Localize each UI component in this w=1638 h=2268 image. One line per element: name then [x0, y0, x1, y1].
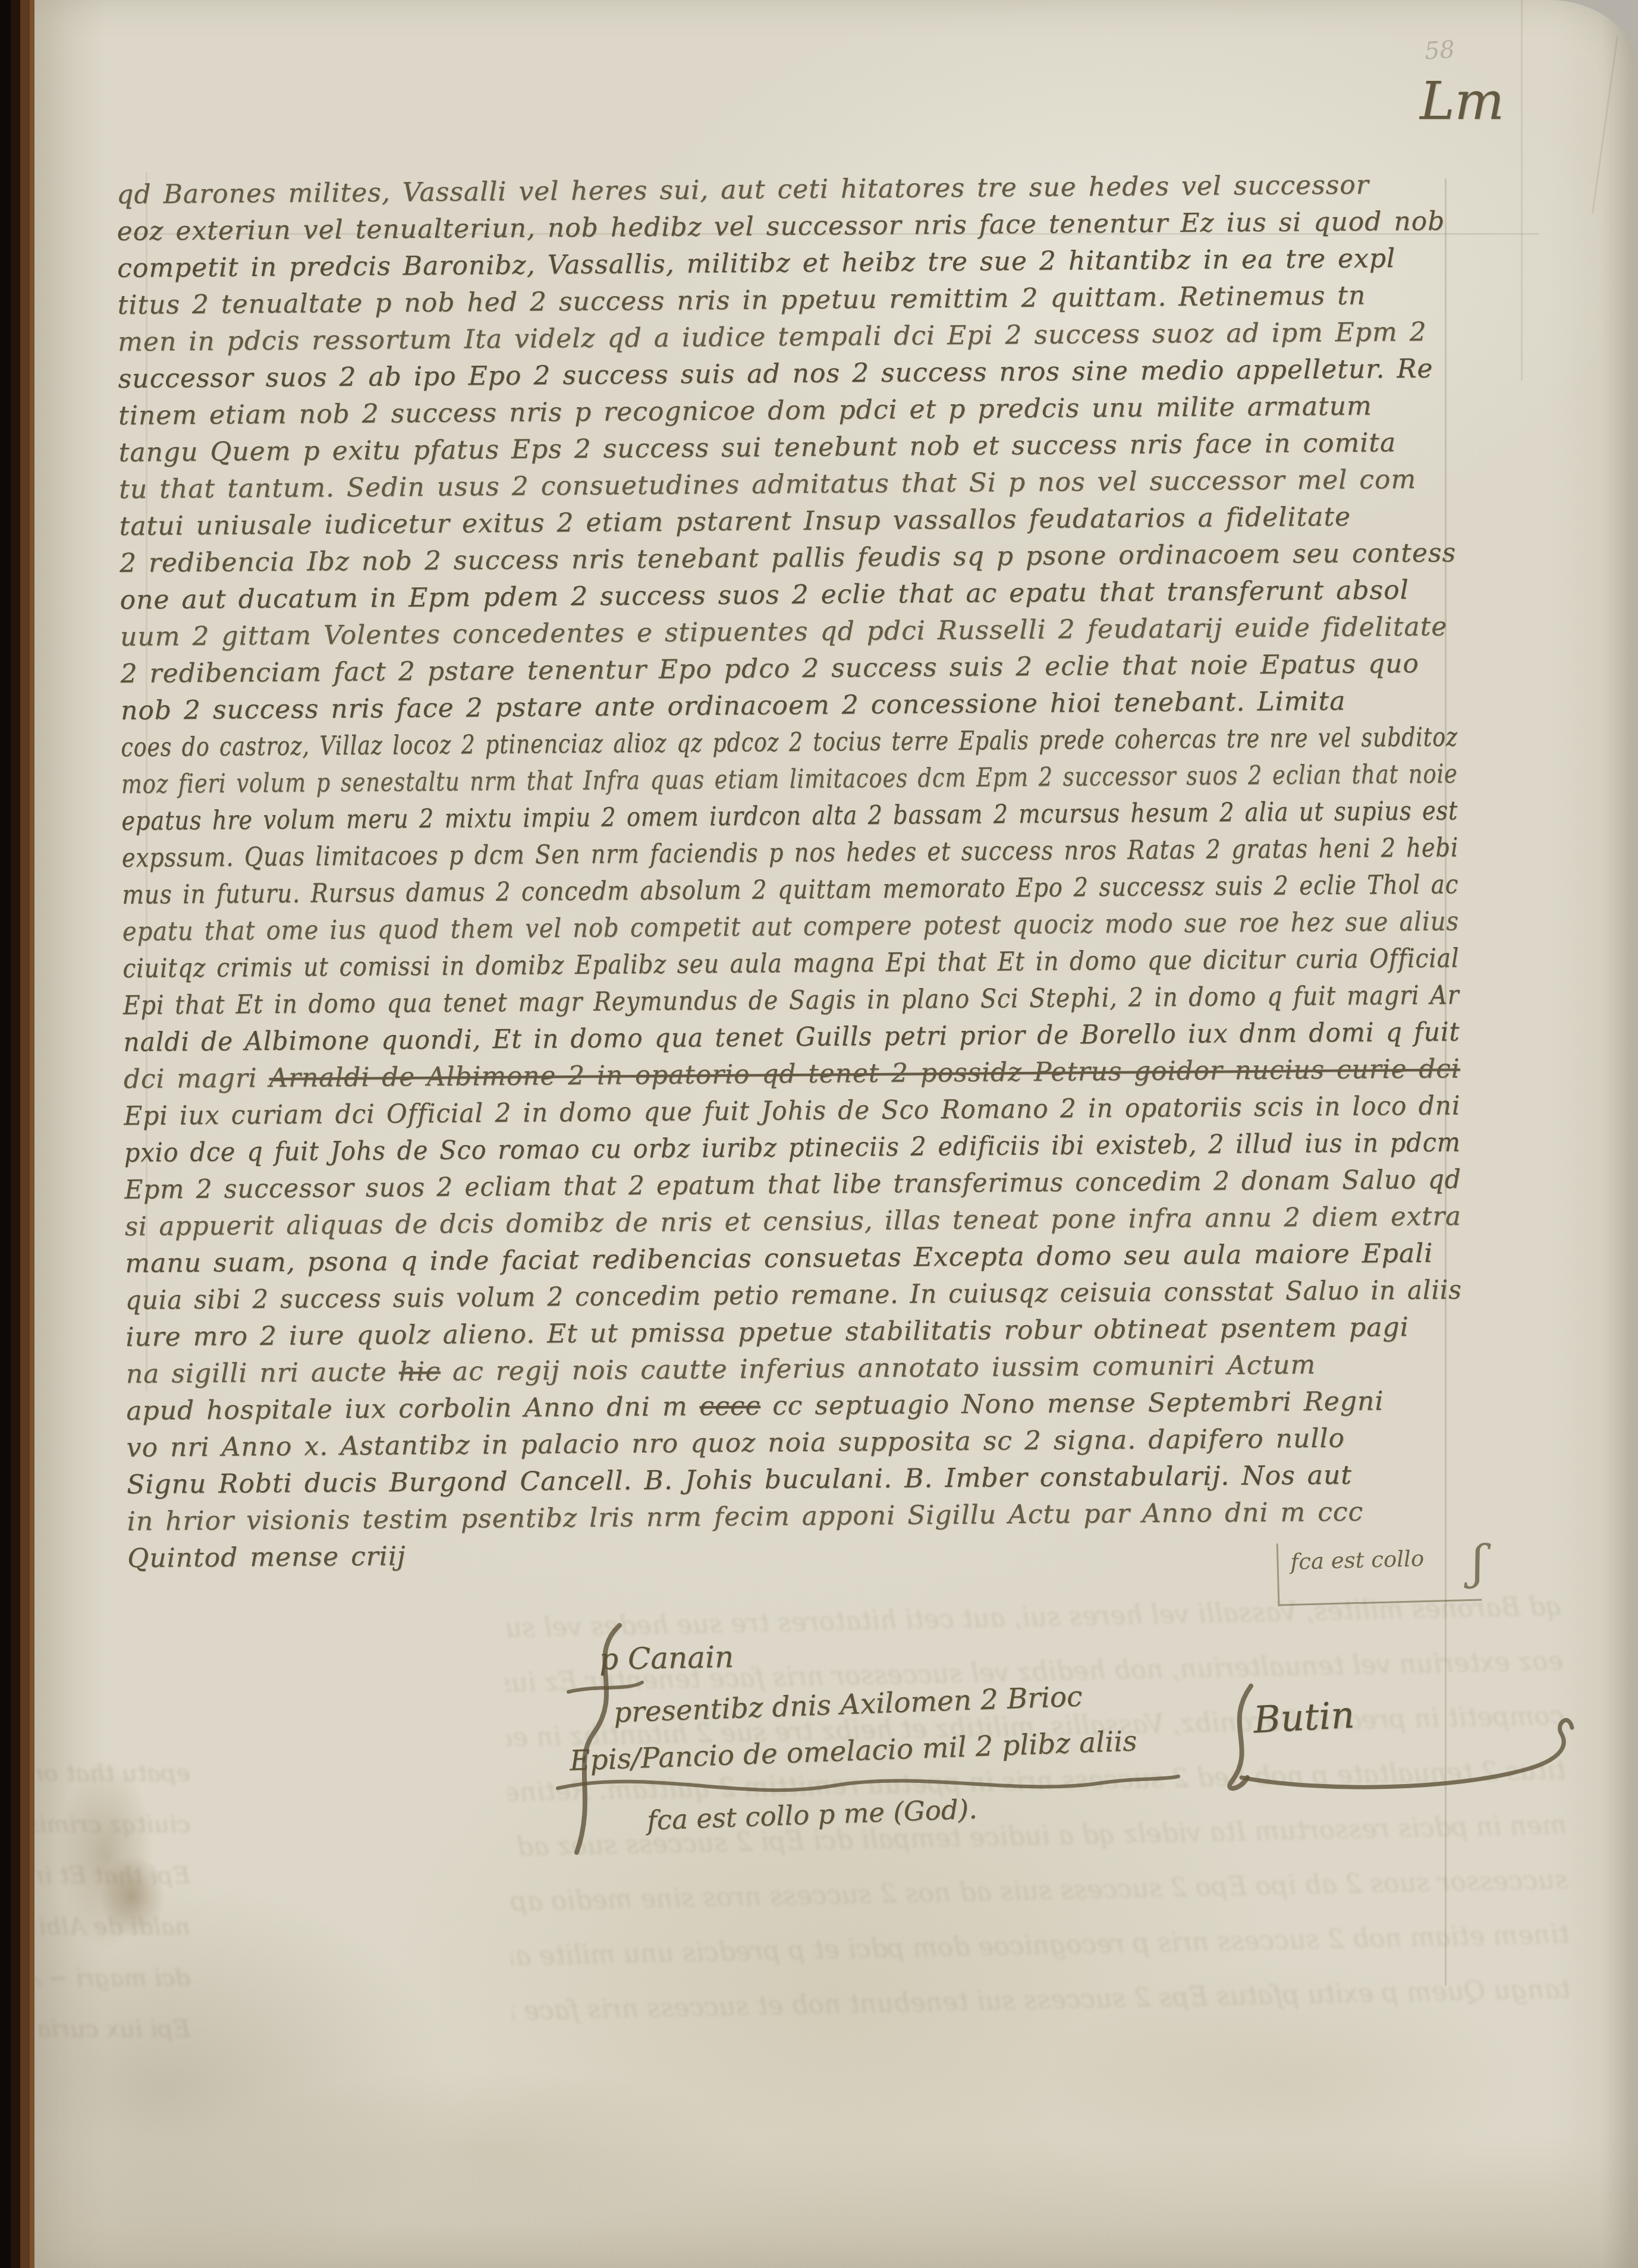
signature-butin: Butin	[1252, 1693, 1356, 1742]
pencil-folio-mark: 58	[1423, 36, 1455, 65]
edge-crease	[1592, 36, 1618, 213]
manuscript-photo: qd Barones milites, Vassalli vel heres s…	[0, 0, 1638, 2268]
subscription-name: p Canain	[599, 1640, 734, 1676]
manuscript-text-block: qd Barones milites, Vassalli vel heres s…	[117, 169, 1464, 1580]
verso-showthrough-left: epatu that ome ius quod them vel nob com…	[36, 1760, 190, 2069]
collation-note-text: fca est collo	[1290, 1546, 1425, 1575]
corner-crease	[1521, 0, 1523, 380]
parchment-stain	[213, 2069, 748, 2223]
collation-note-box: fca est collo ʃ	[1277, 1539, 1482, 1606]
flourish-mark: ʃ	[1471, 1536, 1485, 1590]
folio-number: Lm	[1420, 70, 1504, 131]
